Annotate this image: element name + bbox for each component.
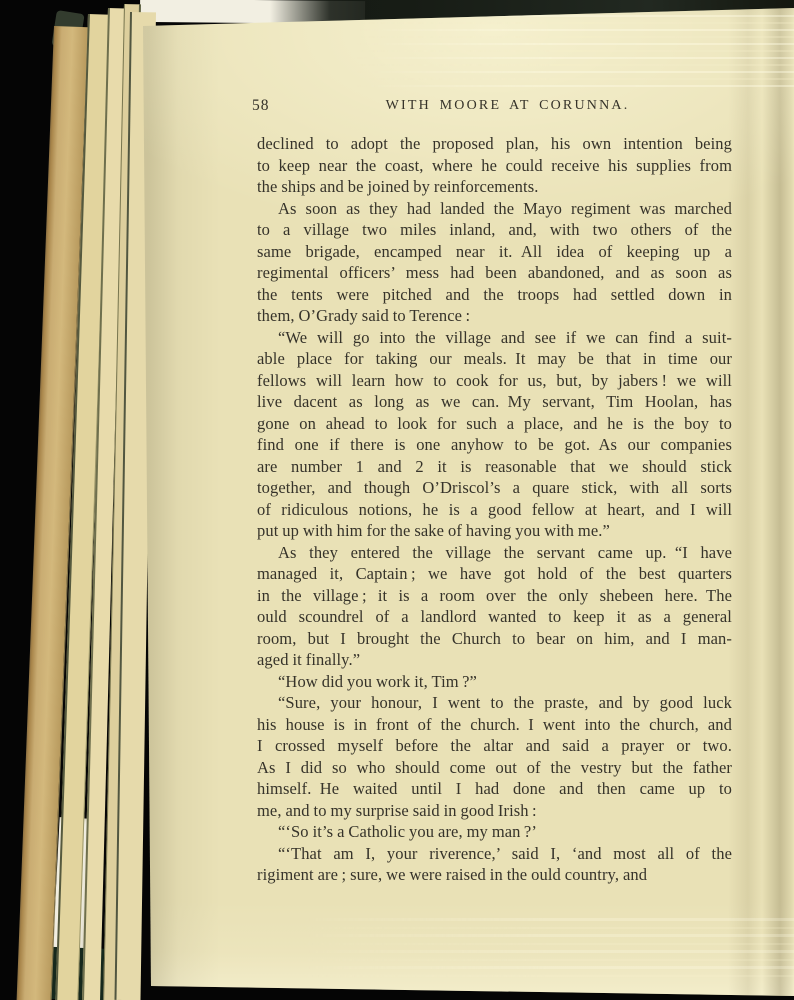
text-line: to keep near the coast, where he could r…: [257, 155, 732, 177]
text-line: in the village ; it is a room over the o…: [257, 585, 732, 607]
text-line: ould scoundrel of a landlord wanted to k…: [257, 606, 732, 628]
paragraph: “We will go into the village and see if …: [257, 327, 732, 542]
text-line: room, but I brought the Church to bear o…: [257, 628, 732, 650]
text-line: are number 1 and 2 it is reasonable that…: [257, 456, 732, 478]
paragraph: “‘That am I, your riverence,’ said I, ‘a…: [257, 843, 732, 886]
text-line: able place for taking our meals. It may …: [257, 348, 732, 370]
text-line: “‘That am I, your riverence,’ said I, ‘a…: [257, 843, 732, 865]
paragraph: “Sure, your honour, I went to the praste…: [257, 692, 732, 821]
text-line: As they entered the village the servant …: [257, 542, 732, 564]
paragraph: “‘So it’s a Catholic you are, my man ?’: [257, 821, 732, 843]
text-line: to a village two miles inland, and, with…: [257, 219, 732, 241]
text-line: gone on ahead to look for such a place, …: [257, 413, 732, 435]
text-line: the ships and be joined by reinforcement…: [257, 176, 732, 198]
text-line: of ridiculous notions, he is a good fell…: [257, 499, 732, 521]
page-body: declined to adopt the proposed plan, his…: [257, 133, 732, 886]
text-line: declined to adopt the proposed plan, his…: [257, 133, 732, 155]
text-line: managed it, Captain ; we have got hold o…: [257, 563, 732, 585]
text-line: fellows will learn how to cook for us, b…: [257, 370, 732, 392]
scan-streak-overlay: [355, 15, 794, 87]
scan-streak-overlay: [300, 918, 794, 980]
text-line: As soon as they had landed the Mayo regi…: [257, 198, 732, 220]
text-line: regimental officers’ mess had been aband…: [257, 262, 732, 284]
text-line: aged it finally.”: [257, 649, 732, 671]
text-line: himself. He waited until I had done and …: [257, 778, 732, 800]
text-line: live dacent as long as we can. My servan…: [257, 391, 732, 413]
text-line: “‘So it’s a Catholic you are, my man ?’: [257, 821, 732, 843]
paragraph: “How did you work it, Tim ?”: [257, 671, 732, 693]
text-line: “We will go into the village and see if …: [257, 327, 732, 349]
book-photo-scene: 58 WITH MOORE AT CORUNNA. declined to ad…: [0, 0, 794, 1000]
text-line: his house is in front of the church. I w…: [257, 714, 732, 736]
text-line: put up with him for the sake of having y…: [257, 520, 732, 542]
page-header: 58 WITH MOORE AT CORUNNA.: [257, 97, 732, 119]
text-line: “How did you work it, Tim ?”: [257, 671, 732, 693]
text-line: together, and though O’Driscol’s a quare…: [257, 477, 732, 499]
paragraph: declined to adopt the proposed plan, his…: [257, 133, 732, 198]
text-line: As I did so who should come out of the v…: [257, 757, 732, 779]
text-line: rigiment are ; sure, we were raised in t…: [257, 864, 732, 886]
paragraph: As soon as they had landed the Mayo regi…: [257, 198, 732, 327]
paragraph: As they entered the village the servant …: [257, 542, 732, 671]
running-title: WITH MOORE AT CORUNNA.: [257, 98, 732, 114]
text-line: me, and to my surprise said in good Iris…: [257, 800, 732, 822]
text-line: them, O’Grady said to Terence :: [257, 305, 732, 327]
text-line: same brigade, encamped near it. All idea…: [257, 241, 732, 263]
text-line: find one if there is one anyhow to be go…: [257, 434, 732, 456]
text-line: I crossed myself before the altar and sa…: [257, 735, 732, 757]
text-line: “Sure, your honour, I went to the praste…: [257, 692, 732, 714]
text-line: the tents were pitched and the troops ha…: [257, 284, 732, 306]
